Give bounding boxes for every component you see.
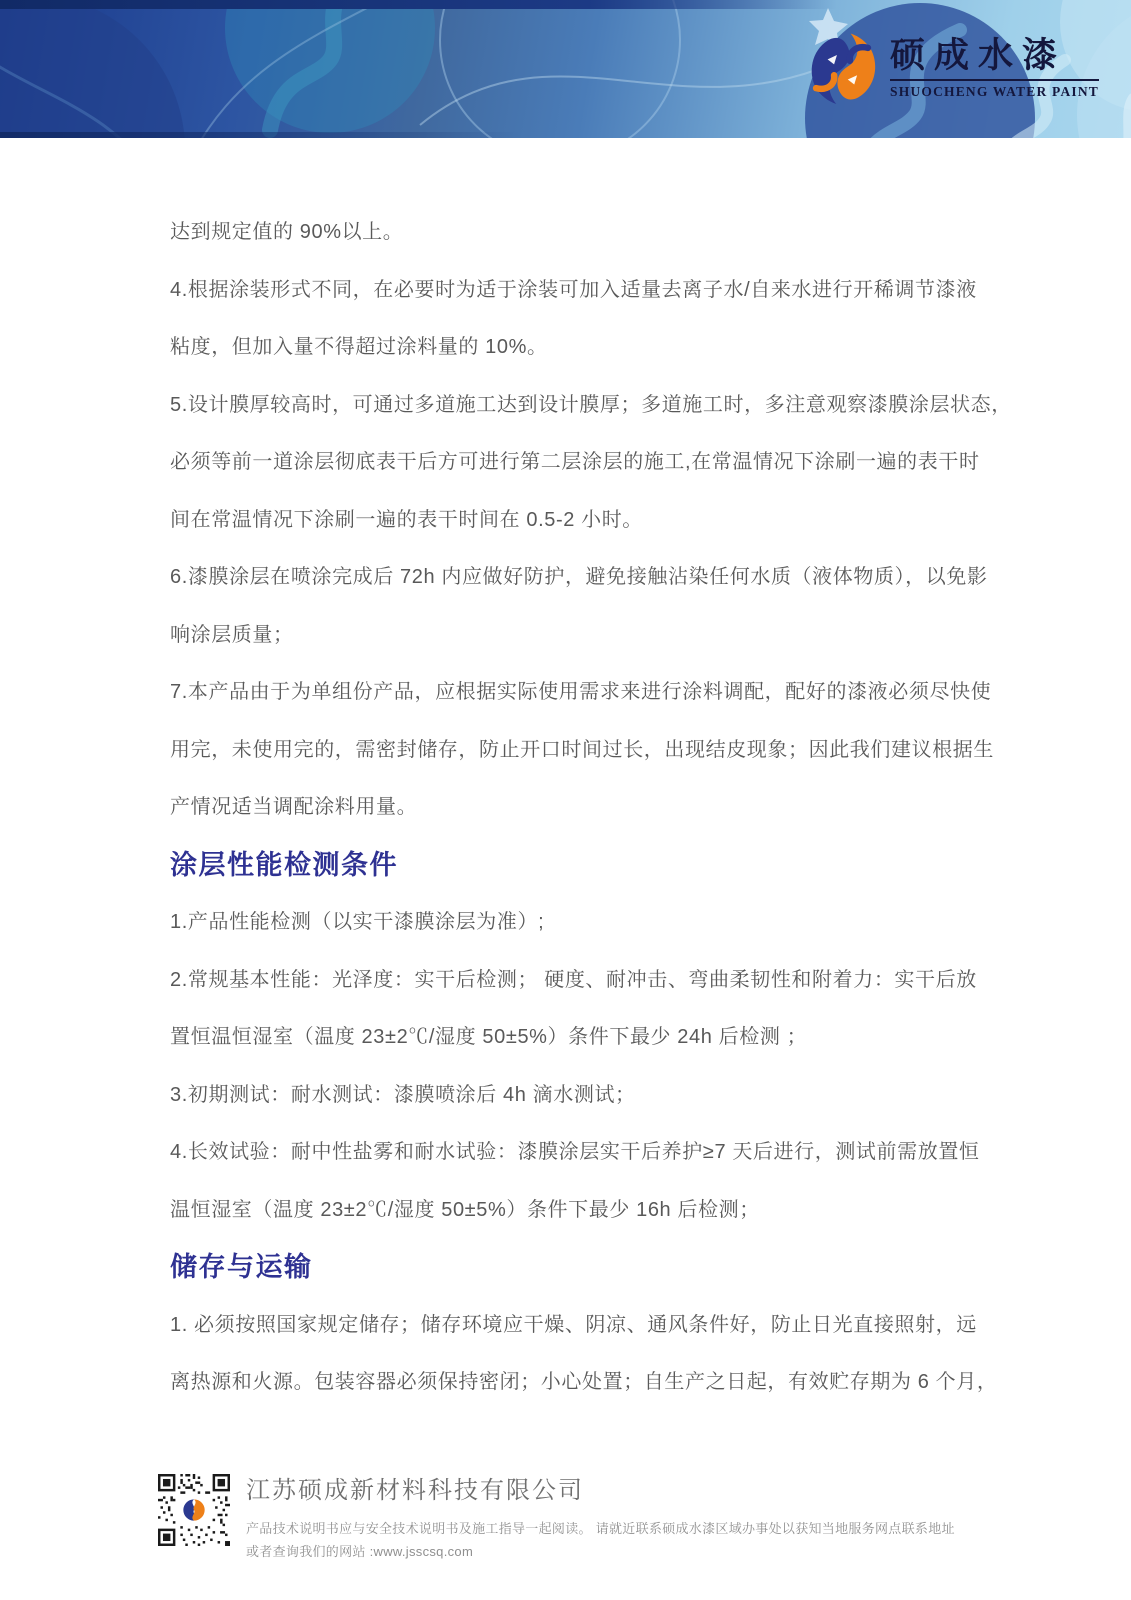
section-heading-coating-test: 涂层性能检测条件	[170, 834, 982, 892]
paragraph-line: 5.设计膜厚较高时，可通过多道施工达到设计膜厚；多道施工时，多注意观察漆膜涂层状…	[170, 374, 982, 432]
paragraph-line: 1.产品性能检测（以实干漆膜涂层为准）;	[170, 891, 982, 949]
header-top-strip	[0, 0, 1131, 9]
footer-note-line2: 或者查询我们的网站 :www.jsscsq.com	[246, 1540, 978, 1563]
footer-company-name: 江苏硕成新材料科技有限公司	[246, 1470, 978, 1505]
paragraph-line: 必须等前一道涂层彻底表干后方可进行第二层涂层的施工,在常温情况下涂刷一遍的表干时	[170, 431, 982, 489]
footer-text-block: 江苏硕成新材料科技有限公司 产品技术说明书应与安全技术说明书及施工指导一起阅读。…	[246, 1468, 978, 1563]
footer-note-line1: 产品技术说明书应与安全技术说明书及施工指导一起阅读。 请就近联系硕成水漆区域办事…	[246, 1517, 978, 1540]
qr-code-icon	[158, 1474, 230, 1546]
paragraph-line: 温恒湿室（温度 23±2℃/湿度 50±5%）条件下最少 16h 后检测；	[170, 1179, 982, 1237]
section-heading-storage-transport: 储存与运输	[170, 1236, 982, 1294]
paragraph-line: 置恒温恒湿室（温度 23±2℃/湿度 50±5%）条件下最少 24h 后检测 ；	[170, 1006, 982, 1064]
paragraph-line: 粘度，但加入量不得超过涂料量的 10%。	[170, 316, 982, 374]
paragraph-line: 间在常温情况下涂刷一遍的表干时间在 0.5-2 小时。	[170, 489, 982, 547]
page-header: 硕成水漆 SHUOCHENG WATER PAINT	[0, 0, 1131, 138]
paragraph-line: 4.长效试验：耐中性盐雾和耐水试验：漆膜涂层实干后养护≥7 天后进行，测试前需放…	[170, 1121, 982, 1179]
paragraph-line: 达到规定值的 90%以上。	[170, 201, 982, 259]
paragraph-line: 6.漆膜涂层在喷涂完成后 72h 内应做好防护，避免接触沾染任何水质（液体物质）…	[170, 546, 982, 604]
paragraph-line: 7.本产品由于为单组份产品，应根据实际使用需求来进行涂料调配，配好的漆液必须尽快…	[170, 661, 982, 719]
paragraph-line: 响涂层质量；	[170, 604, 982, 662]
paragraph-line: 4.根据涂装形式不同，在必要时为适于涂装可加入适量去离子水/自来水进行开稀调节漆…	[170, 259, 982, 317]
header-bottom-strip	[0, 132, 1131, 138]
document-body: 达到规定值的 90%以上。 4.根据涂装形式不同，在必要时为适于涂装可加入适量去…	[170, 201, 982, 1409]
paragraph-line: 1. 必须按照国家规定储存；储存环境应干燥、阴凉、通风条件好，防止日光直接照射，…	[170, 1294, 982, 1352]
logo-text-block: 硕成水漆 SHUOCHENG WATER PAINT	[890, 36, 1099, 100]
logo-name-en: SHUOCHENG WATER PAINT	[890, 84, 1099, 100]
document-page: 硕成水漆 SHUOCHENG WATER PAINT 达到规定值的 90%以上。…	[0, 0, 1131, 1600]
paragraph-line: 离热源和火源。包装容器必须保持密闭；小心处置；自生产之日起，有效贮存期为 6 个…	[170, 1351, 982, 1409]
page-footer: 江苏硕成新材料科技有限公司 产品技术说明书应与安全技术说明书及施工指导一起阅读。…	[158, 1468, 978, 1563]
paragraph-line: 产情况适当调配涂料用量。	[170, 776, 982, 834]
paragraph-line: 3.初期测试：耐水测试：漆膜喷涂后 4h 滴水测试；	[170, 1064, 982, 1122]
logo-name-cn: 硕成水漆	[890, 36, 1099, 76]
paragraph-line: 用完，未使用完的，需密封储存，防止开口时间过长，出现结皮现象；因此我们建议根据生	[170, 719, 982, 777]
brand-logo: 硕成水漆 SHUOCHENG WATER PAINT	[806, 28, 1099, 108]
logo-s-icon	[806, 28, 878, 108]
logo-divider	[890, 79, 1099, 81]
paragraph-line: 2.常规基本性能：光泽度：实干后检测； 硬度、耐冲击、弯曲柔韧性和附着力：实干后…	[170, 949, 982, 1007]
